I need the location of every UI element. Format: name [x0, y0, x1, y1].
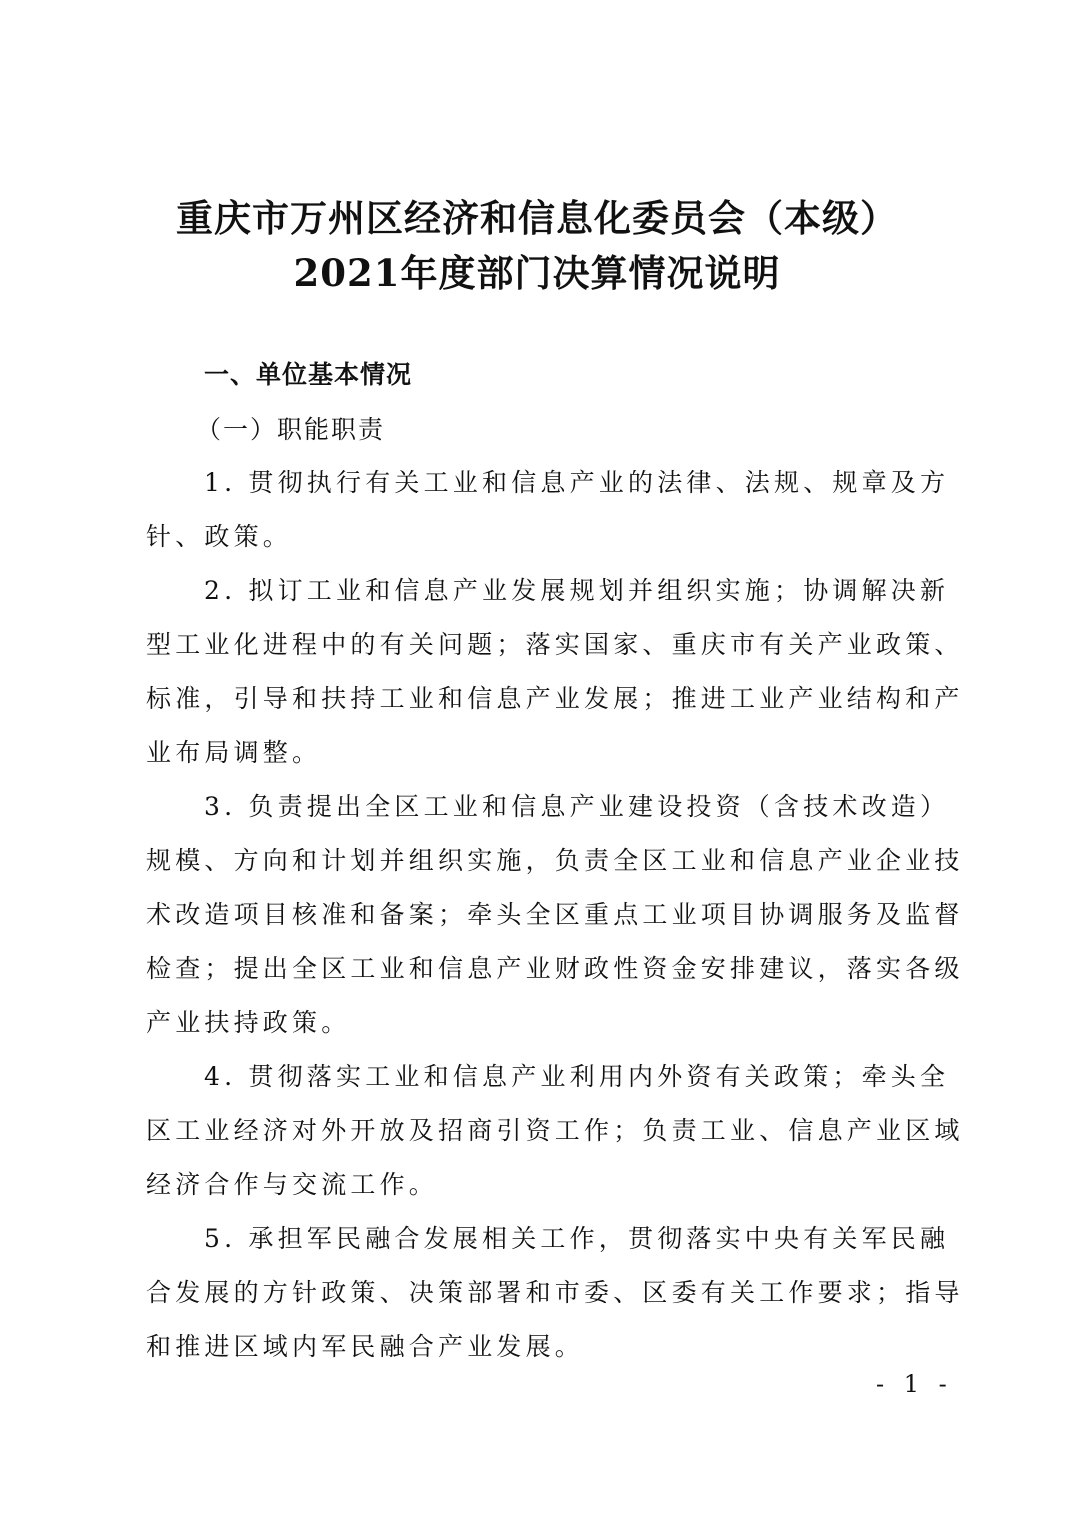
paragraph-line: 和推进区域内军民融合产业发展。	[146, 1320, 942, 1374]
paragraph-line: 标准，引导和扶持工业和信息产业发展；推进工业产业结构和产	[146, 672, 942, 726]
paragraph-line: 1. 贯彻执行有关工业和信息产业的法律、法规、规章及方	[146, 456, 942, 510]
paragraph-3: 3. 负责提出全区工业和信息产业建设投资（含技术改造） 规模、方向和计划并组织实…	[146, 780, 942, 1050]
paragraph-line: 型工业化进程中的有关问题；落实国家、重庆市有关产业政策、	[146, 618, 942, 672]
paragraph-line: 术改造项目核准和备案；牵头全区重点工业项目协调服务及监督	[146, 888, 942, 942]
page-number: - 1 -	[876, 1370, 953, 1398]
paragraph-line: 5. 承担军民融合发展相关工作，贯彻落实中央有关军民融	[146, 1212, 942, 1266]
document-title-line-2: 2021年度部门决算情况说明	[0, 243, 1074, 297]
paragraph-line: 针、政策。	[146, 510, 942, 564]
document-page: 重庆市万州区经济和信息化委员会（本级） 2021年度部门决算情况说明 一、单位基…	[0, 0, 1074, 1520]
paragraph-line: 检查；提出全区工业和信息产业财政性资金安排建议，落实各级	[146, 942, 942, 996]
paragraph-line: 2. 拟订工业和信息产业发展规划并组织实施；协调解决新	[146, 564, 942, 618]
paragraph-line: 规模、方向和计划并组织实施，负责全区工业和信息产业企业技	[146, 834, 942, 888]
paragraph-4: 4. 贯彻落实工业和信息产业利用内外资有关政策；牵头全 区工业经济对外开放及招商…	[146, 1050, 942, 1212]
paragraph-line: 产业扶持政策。	[146, 996, 942, 1050]
paragraph-line: 业布局调整。	[146, 726, 942, 780]
document-title-line-1: 重庆市万州区经济和信息化委员会（本级）	[0, 188, 1074, 242]
paragraph-line: 经济合作与交流工作。	[146, 1158, 942, 1212]
paragraph-line: 4. 贯彻落实工业和信息产业利用内外资有关政策；牵头全	[146, 1050, 942, 1104]
paragraph-1: 1. 贯彻执行有关工业和信息产业的法律、法规、规章及方 针、政策。	[146, 456, 942, 564]
paragraph-2: 2. 拟订工业和信息产业发展规划并组织实施；协调解决新 型工业化进程中的有关问题…	[146, 564, 942, 780]
paragraph-5: 5. 承担军民融合发展相关工作，贯彻落实中央有关军民融 合发展的方针政策、决策部…	[146, 1212, 942, 1374]
section-heading: 一、单位基本情况	[204, 355, 412, 391]
subsection-heading: （一）职能职责	[196, 410, 385, 446]
paragraph-line: 合发展的方针政策、决策部署和市委、区委有关工作要求；指导	[146, 1266, 942, 1320]
paragraph-line: 3. 负责提出全区工业和信息产业建设投资（含技术改造）	[146, 780, 942, 834]
paragraph-line: 区工业经济对外开放及招商引资工作；负责工业、信息产业区域	[146, 1104, 942, 1158]
